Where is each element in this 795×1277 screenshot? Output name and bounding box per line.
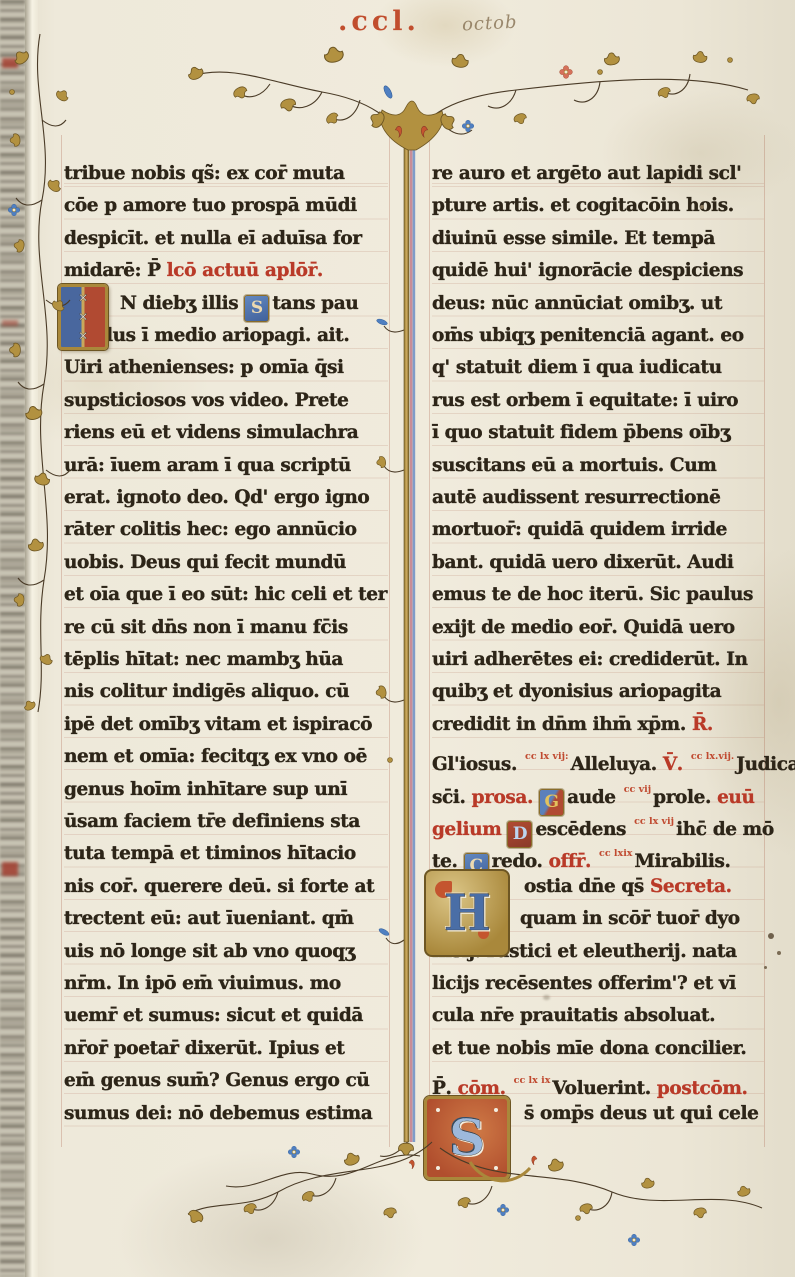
ruling-line (429, 135, 430, 1147)
initial-glyph: S (427, 1099, 507, 1177)
body-text: nem et omīa: fecitqʒ ex vno oē (64, 746, 367, 767)
text-line: te. Credo. offr̄. cc lxixMirabilis. (432, 838, 778, 870)
body-text: supsticiosos vos video. Prete (64, 390, 349, 411)
text-line: genus hoīm inhītare sup unī (64, 774, 402, 806)
rubric-superscript: cc lx.vij. (691, 751, 734, 762)
text-line: uiri adherētes ei: crediderūt. In (432, 644, 778, 676)
body-text: midarē: P̄ (64, 260, 167, 281)
body-text: quibʒ et dyonisius ariopagita (432, 681, 721, 702)
body-text: genus hoīm inhītare sup unī (64, 779, 347, 800)
rubric-superscript: cc lx ix (514, 1075, 551, 1086)
body-text: emus te de hoc iterū. Sic paulus (432, 584, 753, 605)
text-line: diuinū esse simile. Et tempā (432, 223, 778, 255)
body-text: escēdens (535, 819, 632, 840)
body-text: quidē hui' ignorācie despiciens (432, 260, 743, 281)
rubric-superscript: cc lx vij (634, 816, 674, 827)
body-text: ihc̄ de mō (676, 819, 774, 840)
body-text: suscitans eū a mortuis. Cum (432, 455, 716, 476)
text-line: quidē hui' ignorācie despiciens (432, 255, 778, 287)
text-line: bant. quidā uero dixerūt. Audi (432, 547, 778, 579)
body-text: ipē det omībʒ vitam et ispiracō (64, 714, 372, 735)
body-text: et tue nobis mīe dona concilier. (432, 1038, 746, 1059)
text-line: Uiri athenienses: p omīa q̄si (64, 352, 402, 384)
text-line: nem et omīa: fecitqʒ ex vno oē (64, 741, 402, 773)
text-line: nis colitur indigēs aliquo. cū (64, 676, 402, 708)
body-text: rus est orbem ī equitate: ī uiro (432, 390, 738, 411)
body-text: Judicabūt (736, 754, 795, 775)
ink-speck (768, 933, 774, 939)
page-fold-edge (25, 0, 38, 1277)
body-text: aude (567, 787, 622, 808)
body-text: re auro et argēto aut lapidi scl' (432, 163, 741, 184)
rubric-text: postcōm. (657, 1078, 748, 1099)
text-line: nr̄m. In ipō em̄ viuimus. mo (64, 968, 402, 1000)
body-text: et oīa que ī eo sūt: hic celi et ter (64, 584, 387, 605)
text-line: et oīa que ī eo sūt: hic celi et ter (64, 579, 402, 611)
text-line: ipē det omībʒ vitam et ispiracō (64, 709, 402, 741)
text-line: re cū sit dn̄s non ī manu fc̄is (64, 612, 402, 644)
text-line: deus: nūc annūciat omibʒ. ut (432, 288, 778, 320)
body-text: deus: nūc annūciat omibʒ. ut (432, 293, 722, 314)
body-text: nr̄or̄ poetar̄ dixerūt. Ipius et (64, 1038, 345, 1059)
rubric-text: V̄. (663, 754, 689, 775)
red-edge-mark (2, 320, 18, 326)
red-edge-mark (2, 58, 18, 68)
body-text: Uiri athenienses: p omīa q̄si (64, 357, 344, 378)
text-line: om̄s ubiqʒ penitenciā agant. eo (432, 320, 778, 352)
body-text: bant. quidā uero dixerūt. Audi (432, 552, 733, 573)
body-text: Gl'iosus. (432, 754, 523, 775)
month-annotation: octob (461, 12, 518, 36)
body-text: Voluerint. (552, 1078, 657, 1099)
illuminated-initial-S: S (424, 1096, 510, 1180)
text-line: suscitans eū a mortuis. Cum (432, 450, 778, 482)
text-line: q' statuit diem ī qua iudicatu (432, 352, 778, 384)
rubric-text: Secreta. (650, 876, 732, 897)
body-text: diuinū esse simile. Et tempā (432, 228, 715, 249)
rubric-text: offr̄. (549, 851, 597, 872)
body-text: urā: īuem aram ī qua scriptū (64, 455, 351, 476)
body-text: nr̄m. In ipō em̄ viuimus. mo (64, 973, 341, 994)
body-text: cula nr̄e prauitatis absoluat. (432, 1005, 715, 1026)
text-line: despicīt. et nulla eī aduīsa for (64, 223, 402, 255)
body-text: Mirabilis. (634, 851, 730, 872)
text-line: nr̄or̄ poetar̄ dixerūt. Ipius et (64, 1033, 402, 1065)
text-line: tribue nobis qs̃: ex cor̄ muta (64, 158, 402, 190)
body-text: licijs recēsentes offerim'? et vī (432, 973, 736, 994)
illuminated-initial-I: I (58, 284, 108, 350)
body-text: tuta tempā et timinos hītacio (64, 843, 356, 864)
text-line: mortuor̄: quidā quidem irride (432, 514, 778, 546)
text-column-left: tribue nobis qs̃: ex cor̄ mutacōe p amor… (64, 158, 388, 1133)
text-line: uis nō longe sit ab vno quoqʒ (64, 936, 402, 968)
body-text: cōe p amore tuo prospā mūdi (64, 195, 357, 216)
body-text: Alleluya. (571, 754, 663, 775)
body-text: q' statuit diem ī qua iudicatu (432, 357, 722, 378)
manuscript-photo: { "page": { "folio_number": ".ccl.", "mo… (0, 0, 795, 1277)
body-text: em̄ genus sum̄? Genus ergo cū (64, 1070, 369, 1091)
show-through-text-marks (0, 0, 25, 1277)
rubric-text: prosa. (472, 787, 540, 808)
body-text: nis cor̄. querere deū. si forte at (64, 876, 374, 897)
body-text: sumus dei: nō debemus estima (64, 1103, 372, 1124)
text-line: licijs recēsentes offerim'? et vī (432, 968, 778, 1000)
text-line: erat. ignoto deo. Qd' ergo igno (64, 482, 402, 514)
text-line: ī quo statuit fidem p̄bens oībʒ (432, 417, 778, 449)
red-edge-mark (2, 862, 18, 876)
text-line: sc̄i. prosa. Gaude cc vijprole. euū (432, 774, 778, 806)
body-text: erat. ignoto deo. Qd' ergo igno (64, 487, 369, 508)
text-line: lus ī medio ariopagi. ait. (64, 320, 402, 352)
body-text: uiri adherētes ei: crediderūt. In (432, 649, 748, 670)
ink-speck (700, 205, 704, 209)
text-line: trectent eū: aut īueniant. qm̄ (64, 903, 402, 935)
body-text: uobis. Deus qui fecit mundū (64, 552, 346, 573)
text-line: uobis. Deus qui fecit mundū (64, 547, 402, 579)
text-line: sumus dei: nō debemus estima (64, 1098, 402, 1130)
body-text: quam in scōr̄ tuor̄ dyo (520, 908, 740, 929)
text-line: pture artis. et cogitacōin hois. (432, 190, 778, 222)
body-text: s̄ omp̄s deus ut qui cele (524, 1103, 759, 1124)
text-column-right: re auro et argēto aut lapidi scl'pture a… (432, 158, 764, 1133)
rubric-superscript: cc lx vij: (525, 751, 569, 762)
body-text: despicīt. et nulla eī aduīsa for (64, 228, 362, 249)
text-line: autē audissent resurrectionē (432, 482, 778, 514)
body-text: ūsam faciem tr̄e definiens sta (64, 811, 360, 832)
body-text: uis nō longe sit ab vno quoqʒ (64, 941, 355, 962)
body-text: N diebʒ illis (120, 293, 244, 314)
body-text: rāter colitis hec: ego annūcio (64, 519, 357, 540)
illuminated-initial-S: S (244, 295, 269, 322)
text-line: et tue nobis mīe dona concilier. (432, 1033, 778, 1065)
rubric-superscript: cc lxix (599, 848, 632, 859)
ink-speck (777, 951, 781, 955)
text-line: cula nr̄e prauitatis absoluat. (432, 1000, 778, 1032)
body-text: exijt de medio eor̄. Quidā uero (432, 617, 735, 638)
illuminated-initial-H: H (424, 869, 510, 957)
book-edge-pages (0, 0, 25, 1277)
text-line: Gl'iosus. cc lx vij:Alleluya. V̄. cc lx.… (432, 741, 778, 773)
text-line: cōe p amore tuo prospā mūdi (64, 190, 402, 222)
text-line: N diebʒ illis Stans pau (64, 288, 402, 320)
folio-number: .ccl. (338, 6, 420, 37)
text-line: supsticiosos vos video. Prete (64, 385, 402, 417)
rubric-text: gelium (432, 819, 507, 840)
text-line: exijt de medio eor̄. Quidā uero (432, 612, 778, 644)
body-text: trectent eū: aut īueniant. qm̄ (64, 908, 354, 929)
text-line: rāter colitis hec: ego annūcio (64, 514, 402, 546)
initial-glyph: H (426, 871, 508, 955)
body-text: nis colitur indigēs aliquo. cū (64, 681, 349, 702)
body-text: prole. (653, 787, 717, 808)
body-text: re cū sit dn̄s non ī manu fc̄is (64, 617, 348, 638)
text-line: tuta tempā et timinos hītacio (64, 838, 402, 870)
ink-speck (764, 966, 767, 969)
text-line: gelium Descēdens cc lx vijihc̄ de mō (432, 806, 778, 838)
body-text: pture artis. et cogitacōin hois. (432, 195, 734, 216)
text-line: rus est orbem ī equitate: ī uiro (432, 385, 778, 417)
body-text: autē audissent resurrectionē (432, 487, 720, 508)
body-text: tans pau (272, 293, 358, 314)
body-text: om̄s ubiqʒ penitenciā agant. eo (432, 325, 744, 346)
body-text: ī quo statuit fidem p̄bens oībʒ (432, 422, 730, 443)
text-line: em̄ genus sum̄? Genus ergo cū (64, 1065, 402, 1097)
body-text: tribue nobis qs̃: ex cor̄ muta (64, 163, 345, 184)
text-line: emus te de hoc iterū. Sic paulus (432, 579, 778, 611)
text-line: riens eū et videns simulachra (64, 417, 402, 449)
body-text: sc̄i. (432, 787, 472, 808)
text-line: urā: īuem aram ī qua scriptū (64, 450, 402, 482)
text-line: nis cor̄. querere deū. si forte at (64, 871, 402, 903)
text-line: uemr̄ et sumus: sicut et quidā (64, 1000, 402, 1032)
rubric-text: R̄. (692, 714, 713, 735)
body-text: mortuor̄: quidā quidem irride (432, 519, 727, 540)
text-line: tēplis hītat: nec mambʒ hūa (64, 644, 402, 676)
text-line: midarē: P̄ lcō actuū aplōr̄. (64, 255, 402, 287)
text-line: quibʒ et dyonisius ariopagita (432, 676, 778, 708)
text-line: ūsam faciem tr̄e definiens sta (64, 806, 402, 838)
body-text: riens eū et videns simulachra (64, 422, 358, 443)
body-text: ostia dn̄e qs̄ (524, 876, 650, 897)
body-text: uemr̄ et sumus: sicut et quidā (64, 1005, 363, 1026)
rubric-superscript: cc vij (624, 784, 651, 795)
text-line: re auro et argēto aut lapidi scl' (432, 158, 778, 190)
body-text: lus ī medio ariopagi. ait. (106, 325, 349, 346)
body-text: credidit in dn̄m ihm̄ xp̄m. (432, 714, 692, 735)
smudge (543, 995, 550, 1000)
text-line: P̄. cōm. cc lx ixVoluerint. postcōm. (432, 1065, 778, 1097)
text-line: credidit in dn̄m ihm̄ xp̄m. R̄. (432, 709, 778, 741)
rubric-text: euū (717, 787, 754, 808)
rubric-text: lcō actuū aplōr̄. (167, 260, 323, 281)
body-text: tēplis hītat: nec mambʒ hūa (64, 649, 343, 670)
